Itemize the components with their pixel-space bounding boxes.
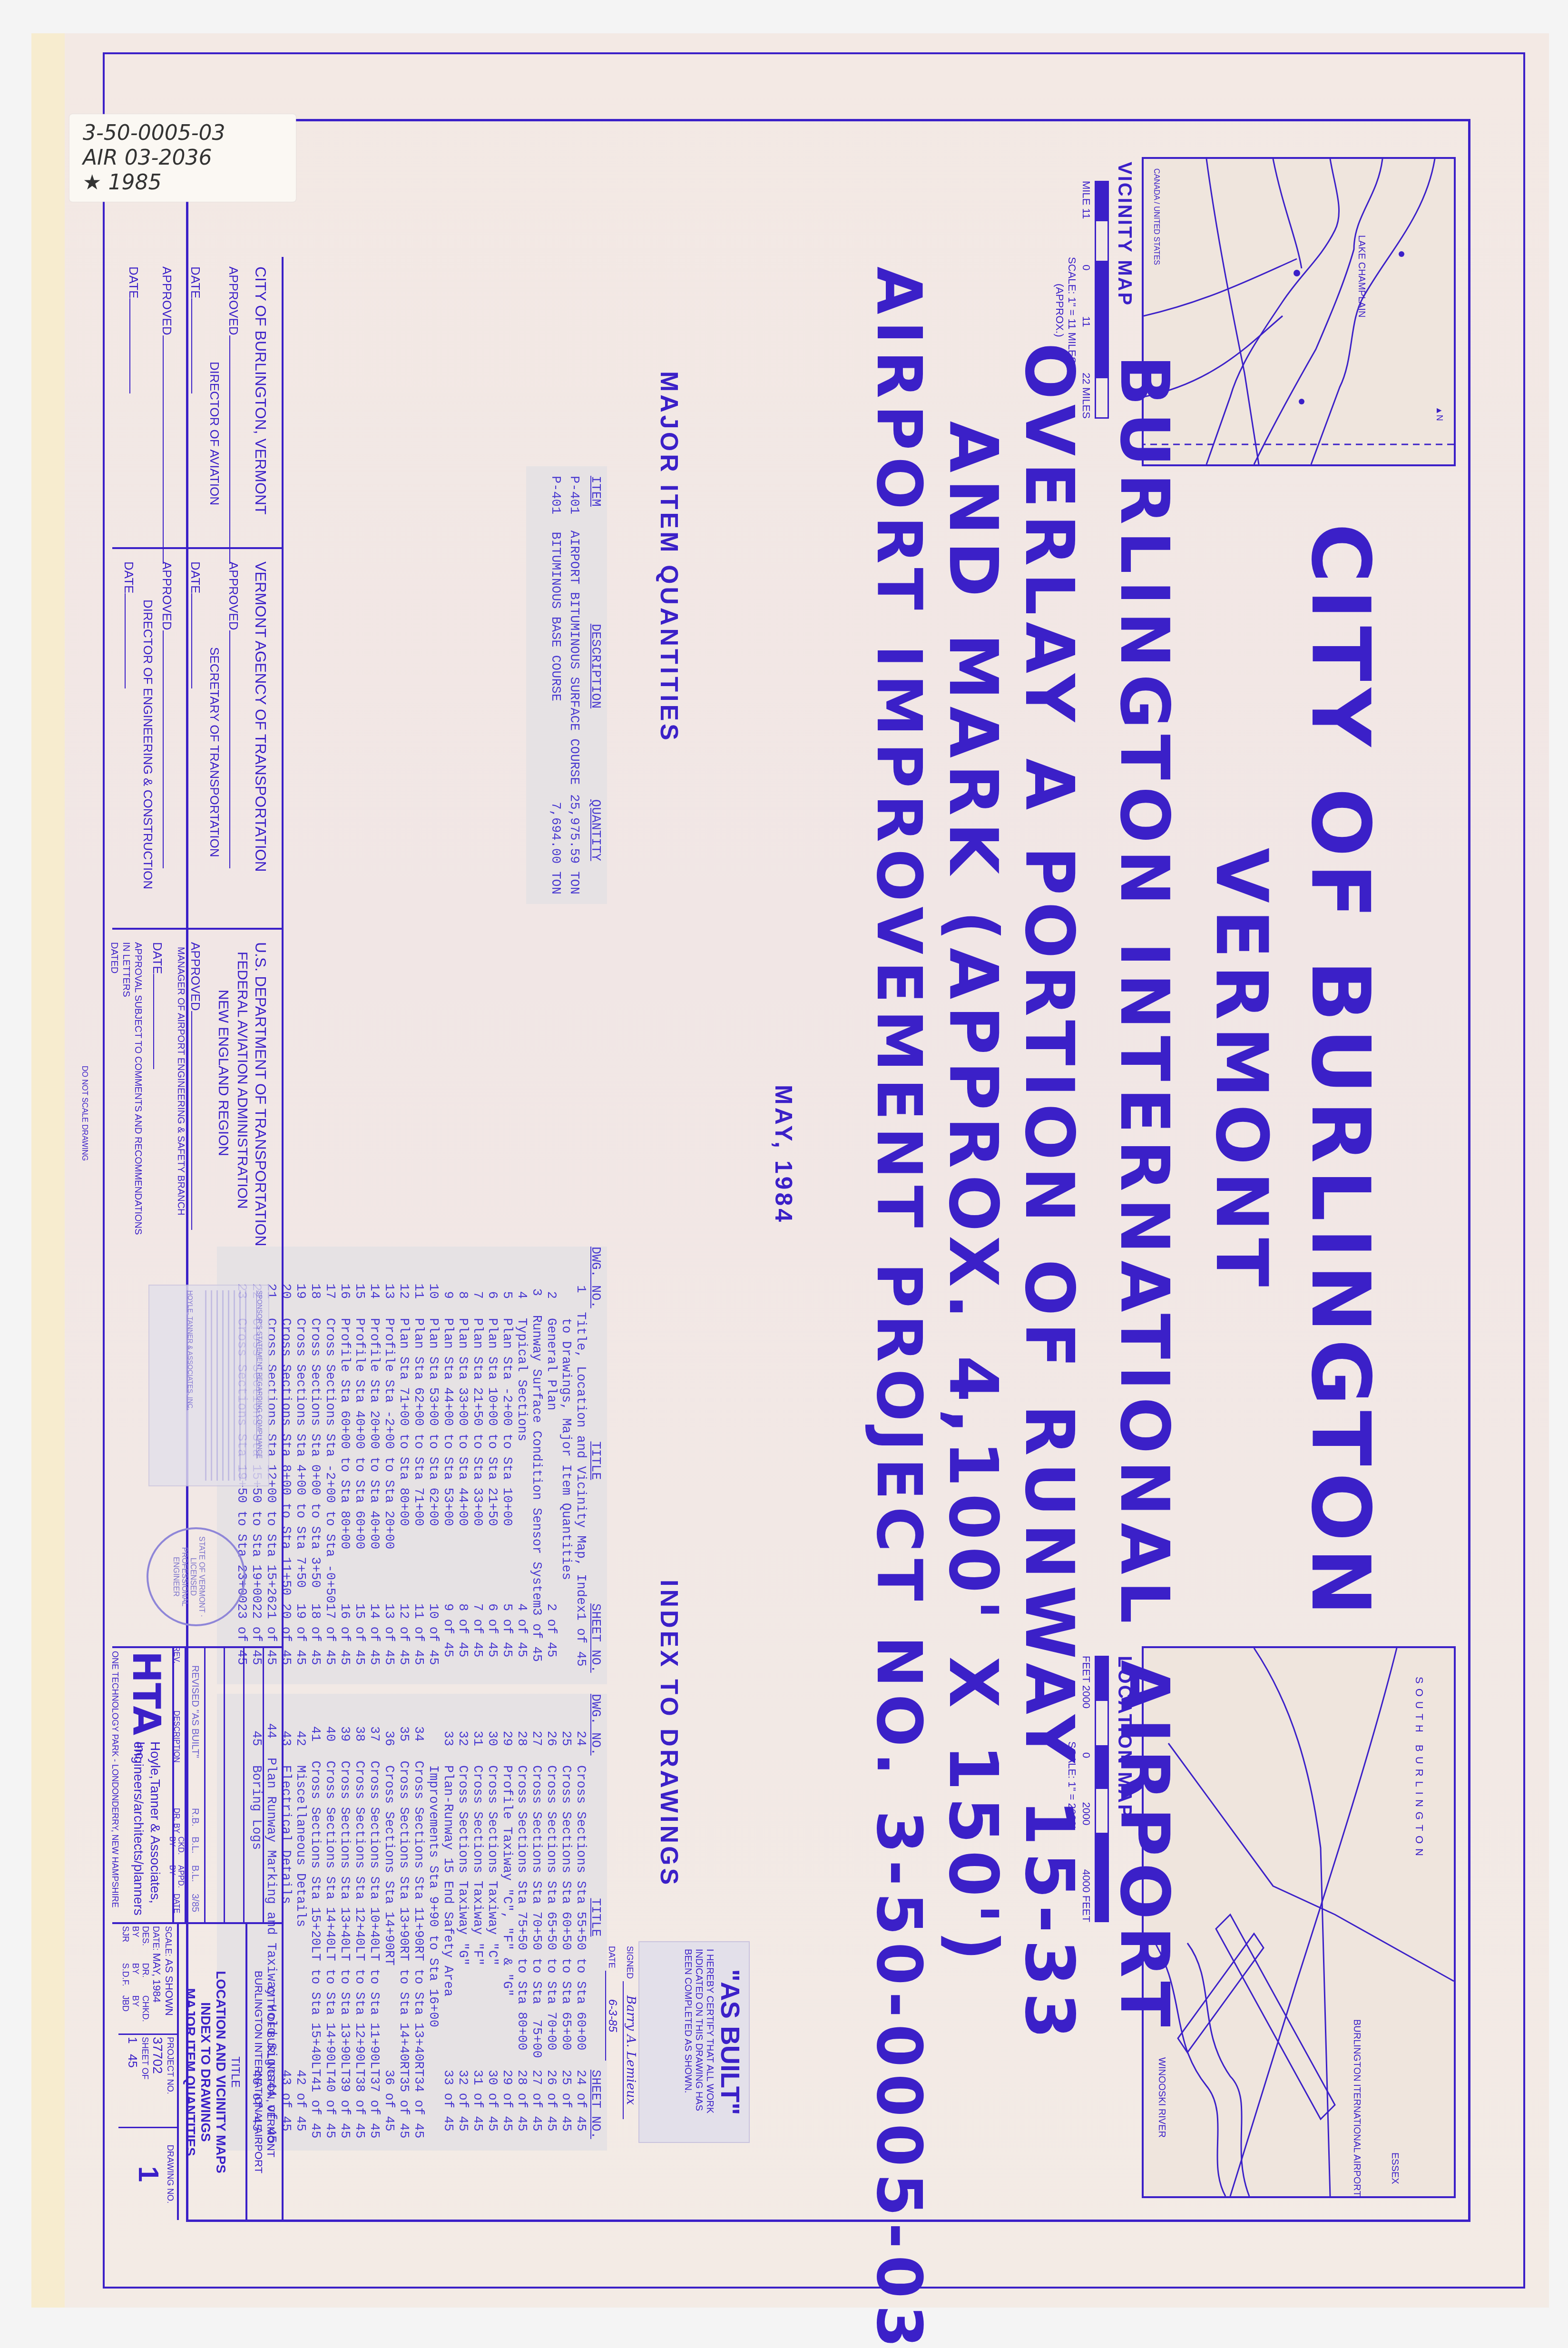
dwg-title: Cross Sections Sta 12+40LT to Sta 12+90L… bbox=[352, 1760, 366, 2076]
revision-row bbox=[225, 1646, 245, 1922]
dwg-title: Cross Sections Sta 0+00 to Sta 3+50 bbox=[307, 1318, 322, 1603]
dwg-title: Cross Sections Sta 60+50 to Sta 65+00 bbox=[558, 1765, 573, 2070]
sheet-no: 15 of 45 bbox=[352, 1603, 366, 1684]
index-row: 15Profile Sta 40+00 to Sta 60+0015 of 45 bbox=[352, 1247, 366, 1684]
dwg-no: 9 bbox=[440, 1247, 455, 1318]
dwg-title: Cross Sections Sta 13+40LT to Sta 13+90L… bbox=[337, 1760, 352, 2076]
dwg-no: 24 bbox=[573, 1694, 588, 1765]
index-row: 12Plan Sta 71+00 to Sta 80+0012 of 45 bbox=[396, 1247, 411, 1684]
date-label: DATE bbox=[150, 942, 165, 974]
dwg-title: Plan Sta -2+00 to Sta 10+00 bbox=[499, 1318, 514, 1603]
index-row: 7Plan Sta 21+50 to Sta 33+007 of 45 bbox=[470, 1247, 484, 1684]
label-air-number: AIR 03-2036 bbox=[83, 146, 283, 170]
seal-text: STATE OF VERMONT · LICENSED PROFESSIONAL… bbox=[171, 1529, 244, 1624]
index-row: 26Cross Sections Sta 65+50 to Sta 70+002… bbox=[543, 1694, 558, 2151]
dwg-title: Cross Sections Sta 11+90RT to Sta 13+40R… bbox=[411, 1760, 425, 2076]
city-date-row: DATE bbox=[188, 266, 203, 393]
item-description: BITUMINOUS BASE COURSE bbox=[548, 532, 562, 802]
sheet-no: 24 of 45 bbox=[573, 2070, 588, 2151]
title-block-grid: SCALE: AS SHOWN DATE: MAY, 1984 DES. BYS… bbox=[118, 1924, 179, 2220]
dwg-title: Plan Sta 33+00 to Sta 44+00 bbox=[455, 1318, 470, 1603]
location-map-drawing: BURLINGTON ITERNATIONAL AIRPORT SOUTH BU… bbox=[1144, 1648, 1454, 2196]
index-row: 16Profile Sta 60+00 to Sta 80+0016 of 45 bbox=[337, 1247, 352, 1684]
des-label: DES. BY bbox=[131, 1926, 150, 1946]
dwg-no: 34 bbox=[411, 1694, 425, 1760]
des-value: SJR bbox=[121, 1926, 130, 1942]
title-label: TITLE bbox=[228, 1924, 242, 2220]
dwg-title: Plan Sta 21+50 to Sta 33+00 bbox=[470, 1318, 484, 1603]
city-approved2-row: APPROVED bbox=[159, 266, 174, 564]
index-row: 18Cross Sections Sta 0+00 to Sta 3+5018 … bbox=[307, 1247, 322, 1684]
index-row: 9Plan Sta 44+00 to Sta 53+009 of 45 bbox=[440, 1247, 455, 1684]
sheet-no: 17 of 45 bbox=[322, 1603, 337, 1684]
dwg-title: Typical Sections bbox=[514, 1318, 529, 1603]
label-year-row: ★ 1985 bbox=[83, 170, 283, 195]
revision-rows: REVISED "AS BUILT"R.B.B.L.B.L.3/85 bbox=[186, 1646, 284, 1922]
dwg-no bbox=[558, 1247, 573, 1318]
as-built-date-row: DATE 6-3-85 bbox=[606, 1946, 619, 2061]
sheet-no: 2 of 45 bbox=[543, 1603, 558, 1684]
dwg-no: 28 bbox=[514, 1694, 529, 1765]
vicinity-map-drawing: LAKE CHAMPLAIN CANADA / UNITED STATES bbox=[1144, 159, 1454, 464]
major-item-row: P-401 AIRPORT BITUMINOUS SURFACE COURSE … bbox=[564, 466, 583, 904]
index-title: INDEX TO DRAWINGS bbox=[655, 1580, 683, 1887]
drawing-sheet: 3-50-0005-03 AIR 03-2036 ★ 1985 LAKE CHA… bbox=[0, 0, 1568, 2348]
dwg-title: Plan-Runway 15 End Safety Area bbox=[440, 1765, 455, 2070]
sheet-no: 36 of 45 bbox=[381, 2070, 396, 2151]
index-row: 29Profile Taxiway "C", "F" & "G"29 of 45 bbox=[499, 1694, 514, 2151]
title-project-line2: AND MARK (APPROX. 4,100' X 150') bbox=[934, 266, 1011, 2122]
sheet-no: 25 of 45 bbox=[558, 2070, 573, 2151]
divider bbox=[112, 928, 284, 930]
header-item: ITEM bbox=[588, 476, 602, 533]
archive-label: 3-50-0005-03 AIR 03-2036 ★ 1985 bbox=[69, 114, 296, 202]
item-quantity: 25,975.59 TON bbox=[566, 794, 581, 894]
dwg-title: Cross Sections Taxiway "F" bbox=[470, 1765, 484, 2070]
dwg-title: Cross Sections Sta 14+90RT bbox=[381, 1765, 396, 2070]
sheet-no: 10 of 45 bbox=[425, 1603, 440, 1684]
header-quantity: QUANTITY bbox=[588, 799, 602, 861]
index-row: 2General Plan2 of 45 bbox=[543, 1247, 558, 1684]
state-approval-title: VERMONT AGENCY OF TRANSPORTATION bbox=[252, 561, 269, 872]
sheet-no: 18 of 45 bbox=[307, 1603, 322, 1684]
dwg-no: 1 bbox=[573, 1247, 588, 1312]
compliance-text-lines bbox=[204, 1290, 246, 1481]
dwg-no: 33 bbox=[440, 1694, 455, 1765]
as-built-signature-row: SIGNED Barry A. Lemieux bbox=[624, 1946, 638, 2119]
item-quantity: 7,694.00 TON bbox=[548, 802, 562, 894]
sheet-value: 1 bbox=[126, 2037, 140, 2043]
approved-label: APPROVED bbox=[160, 561, 174, 630]
header-title: TITLE bbox=[588, 1318, 602, 1603]
label-year: 1985 bbox=[108, 170, 161, 195]
dwg-no: 6 bbox=[484, 1247, 499, 1318]
city-approved-row: APPROVED bbox=[226, 266, 241, 564]
index-row: 25Cross Sections Sta 60+50 to Sta 65+002… bbox=[558, 1694, 573, 2151]
faa-approved-row: APPROVED bbox=[188, 942, 203, 1230]
item-description: AIRPORT BITUMINOUS SURFACE COURSE bbox=[566, 531, 581, 795]
date-label: DATE: bbox=[151, 1926, 161, 1951]
index-header: DWG. NO. TITLE SHEET NO. bbox=[588, 1694, 607, 2151]
dwg-title: Cross Sections Sta 65+50 to Sta 70+00 bbox=[543, 1765, 558, 2070]
drawing-title-line: LOCATION AND VICINITY MAPS bbox=[213, 1924, 228, 2220]
sheet-no: 4 of 45 bbox=[514, 1603, 529, 1684]
sheet-no: 37 of 45 bbox=[366, 2077, 381, 2151]
index-row: 4Typical Sections4 of 45 bbox=[514, 1247, 529, 1684]
dwg-no: 3 bbox=[529, 1247, 543, 1315]
index-row: to Drawings, Major Item Quantities bbox=[558, 1247, 573, 1684]
sheet-no: 9 of 45 bbox=[440, 1603, 455, 1684]
dwg-no: 16 bbox=[337, 1247, 352, 1318]
dwg-no: 25 bbox=[558, 1694, 573, 1765]
approved-label: APPROVED bbox=[188, 942, 203, 1011]
title-city: CITY OF BURLINGTON bbox=[1293, 523, 1387, 1618]
index-row: 17Cross Sections Sta -2+00 to Sta -0+501… bbox=[322, 1247, 337, 1684]
dwg-title: Runway Surface Condition Sensor System bbox=[529, 1315, 543, 1608]
title-block: CITY OF BURLINGTON, VERMONT BURLINGTON I… bbox=[103, 1924, 284, 2220]
header-dwg-no: DWG. NO. bbox=[588, 1247, 602, 1318]
header-sheet-no: SHEET NO. bbox=[588, 1603, 602, 1684]
sheet-no: 12 of 45 bbox=[396, 1603, 411, 1684]
index-row: 42Miscellaneous Details42 of 45 bbox=[293, 1694, 307, 2151]
date-label: DATE bbox=[607, 1946, 617, 1968]
title-project-line1: OVERLAY A PORTION OF RUNWAY 15-33 bbox=[1010, 266, 1088, 2122]
drawing-no-cell: DRAWING NO. 1 bbox=[118, 2128, 177, 2220]
approved-label: APPROVED bbox=[226, 561, 241, 630]
signed-label: SIGNED bbox=[625, 1946, 635, 1979]
date-value: MAY, 1984 bbox=[151, 1953, 163, 2003]
dwg-no: 14 bbox=[366, 1247, 381, 1318]
dwg-no: 10 bbox=[425, 1247, 440, 1318]
index-row: 3Runway Surface Condition Sensor System3… bbox=[529, 1247, 543, 1684]
dwg-title: Miscellaneous Details bbox=[293, 1765, 307, 2070]
firm-logo: HTA bbox=[124, 1651, 168, 1735]
dwg-no: 19 bbox=[293, 1247, 307, 1318]
state-date2-row: DATE bbox=[121, 561, 136, 688]
index-row: 40Cross Sections Sta 14+40LT to Sta 14+9… bbox=[322, 1694, 337, 2151]
city-role: DIRECTOR OF AVIATION bbox=[207, 362, 222, 505]
dwg-title: Plan Sta 44+00 to Sta 53+00 bbox=[440, 1318, 455, 1603]
sheet-no: 8 of 45 bbox=[455, 1603, 470, 1684]
project-label: PROJECT NO. bbox=[165, 2037, 175, 2125]
dwg-no: 7 bbox=[470, 1247, 484, 1318]
paper-edge bbox=[31, 33, 65, 2308]
firm-address: ONE TECHNOLOGY PARK - LONDONDERRY, NEW H… bbox=[110, 1651, 120, 1907]
dwg-no: 26 bbox=[543, 1694, 558, 1765]
faa-role: MANAGER OF AIRPORT ENGINEERING & SAFETY … bbox=[175, 947, 186, 1216]
header-title: TITLE bbox=[588, 1765, 602, 2070]
dwg-no: 11 bbox=[411, 1247, 425, 1318]
sheet-no: 42 of 45 bbox=[293, 2070, 307, 2151]
city-date2-row: DATE bbox=[126, 266, 141, 393]
dwg-no: 39 bbox=[337, 1694, 352, 1760]
state-role2: DIRECTOR OF ENGINEERING & CONSTRUCTION bbox=[140, 599, 155, 889]
sheet-no: 32 of 45 bbox=[455, 2070, 470, 2151]
dwg-title: Cross Sections Taxiway "G" bbox=[455, 1765, 470, 2070]
dwg-title: Cross Sections Sta 70+50 to Sta 75+00 bbox=[529, 1765, 543, 2070]
star-icon: ★ bbox=[83, 170, 101, 195]
dwg-title: Cross Sections Sta 8+00 to Sta 11+50 bbox=[278, 1318, 293, 1603]
index-row: 30Cross Sections Taxiway "C"30 of 45 bbox=[484, 1694, 499, 2151]
dwg-title: Plan Sta 62+00 to Sta 71+00 bbox=[411, 1318, 425, 1603]
svg-text:BURLINGTON ITERNATIONAL AIRPOR: BURLINGTON ITERNATIONAL AIRPORT bbox=[1352, 2019, 1362, 2196]
dwg-no: 30 bbox=[484, 1694, 499, 1765]
do-not-scale-note: DO NOT SCALE DRAWING bbox=[80, 1066, 88, 1161]
sheet-no: 41 of 45 bbox=[307, 2077, 322, 2151]
dwg-title: Title, Location and Vicinity Map, Index bbox=[573, 1312, 588, 1612]
engineer-seal-icon: STATE OF VERMONT · LICENSED PROFESSIONAL… bbox=[147, 1527, 245, 1626]
index-row: 31Cross Sections Taxiway "F"31 of 45 bbox=[470, 1694, 484, 2151]
sheet-no: 5 of 45 bbox=[499, 1603, 514, 1684]
of-label: OF bbox=[140, 2068, 150, 2080]
index-row: 33Plan-Runway 15 End Safety Area33 of 45 bbox=[440, 1694, 455, 2151]
firm-tagline: engineers/architects/planners bbox=[131, 1741, 146, 1916]
revision-table: REVISED "AS BUILT"R.B.B.L.B.L.3/85 REV. … bbox=[174, 1646, 284, 1922]
sheet-no: 27 of 45 bbox=[529, 2070, 543, 2151]
revision-cell: 3/85 bbox=[190, 1894, 201, 1922]
index-row: 35Cross Sections Sta 13+90RT to Sta 14+4… bbox=[396, 1694, 411, 2151]
dwg-title: Plan Sta 10+00 to Sta 21+50 bbox=[484, 1318, 499, 1603]
sheet-no: 30 of 45 bbox=[484, 2070, 499, 2151]
index-row: 34Cross Sections Sta 11+90RT to Sta 13+4… bbox=[411, 1694, 425, 2151]
sheet-no: 14 of 45 bbox=[366, 1603, 381, 1684]
sheet-no bbox=[558, 1603, 573, 1684]
dwg-title: Cross Sections Sta 15+20LT to Sta 15+40L… bbox=[307, 1760, 322, 2076]
dwg-title: Profile Sta 20+00 to Sta 40+00 bbox=[366, 1318, 381, 1603]
as-built-line: BEEN COMPLETED AS SHOWN. bbox=[682, 1942, 693, 2142]
compliance-stamp: SPONSOR'S STATEMENT REGARDING COMPLIANCE… bbox=[148, 1285, 269, 1486]
major-items-header: ITEM DESCRIPTION QUANTITY bbox=[583, 466, 607, 904]
svg-text:ESSEX: ESSEX bbox=[1390, 2152, 1400, 2184]
sheet-no: 34 of 45 bbox=[411, 2077, 425, 2151]
dwg-title: Cross Sections Sta 14+40LT to Sta 14+90L… bbox=[322, 1760, 337, 2076]
approved-label: APPROVED bbox=[226, 266, 241, 335]
dwg-no: 35 bbox=[396, 1694, 411, 1760]
dwg-no: 15 bbox=[352, 1247, 366, 1318]
dr-label: DR. BY bbox=[131, 1963, 150, 1978]
faa-subtitle: FEDERAL AVIATION ADMINISTRATION bbox=[234, 952, 250, 1209]
index-row: 13Profile Sta -2+00 to Sta 20+0013 of 45 bbox=[381, 1247, 396, 1684]
dwg-no: 5 bbox=[499, 1247, 514, 1318]
of-value: 45 bbox=[126, 2054, 140, 2068]
index-rows-left: 1Title, Location and Vicinity Map, Index… bbox=[234, 1247, 588, 1684]
compliance-title: SPONSOR'S STATEMENT REGARDING COMPLIANCE bbox=[251, 1286, 268, 1485]
revision-row bbox=[264, 1646, 284, 1922]
major-items-title: MAJOR ITEM QUANTITIES bbox=[655, 371, 683, 743]
sheet-no: 28 of 45 bbox=[514, 2070, 529, 2151]
chkd-value: JBD bbox=[121, 1995, 130, 2012]
major-items-table: ITEM DESCRIPTION QUANTITY P-401 AIRPORT … bbox=[526, 466, 607, 904]
sheet-no: 3 of 45 bbox=[529, 1608, 543, 1684]
dwg-no: 31 bbox=[470, 1694, 484, 1765]
title-project-number: AIRPORT IMPROVEMENT PROJECT NO. 3-50-000… bbox=[863, 266, 935, 2122]
index-row: Improvements Sta 9+90 to Sta 16+00 bbox=[425, 1694, 440, 2151]
dwg-no: 20 bbox=[278, 1247, 293, 1318]
index-table-left: DWG. NO. TITLE SHEET NO. 1Title, Locatio… bbox=[217, 1247, 607, 1684]
dwg-title: Cross Sections Taxiway "C" bbox=[484, 1765, 499, 2070]
sheet-no: 11 of 45 bbox=[411, 1603, 425, 1684]
revision-cell: B.L. bbox=[190, 1837, 201, 1865]
title-state: VERMONT bbox=[1200, 523, 1283, 1618]
index-header: DWG. NO. TITLE SHEET NO. bbox=[588, 1247, 607, 1684]
revision-cell: R.B. bbox=[190, 1808, 201, 1837]
compliance-signer: HOYLE, TANNER & ASSOCIATES, INC. bbox=[182, 1286, 199, 1485]
sheet-no: 13 of 45 bbox=[381, 1603, 396, 1684]
location-map: BURLINGTON ITERNATIONAL AIRPORT SOUTH BU… bbox=[1142, 1646, 1456, 2198]
svg-text:LAKE CHAMPLAIN: LAKE CHAMPLAIN bbox=[1356, 235, 1367, 317]
owner-airport: BURLINGTON INTERNATIONAL AIRPORT bbox=[252, 1924, 265, 2220]
firm-block: HTA Hoyle,Tanner & Associates, Inc. engi… bbox=[101, 1646, 174, 1922]
index-row: 39Cross Sections Sta 13+40LT to Sta 13+9… bbox=[337, 1694, 352, 2151]
index-row: 36Cross Sections Sta 14+90RT36 of 45 bbox=[381, 1694, 396, 2151]
city-approval-title: CITY OF BURLINGTON, VERMONT bbox=[252, 266, 269, 515]
index-row: 5Plan Sta -2+00 to Sta 10+005 of 45 bbox=[499, 1247, 514, 1684]
sheet-no: 16 of 45 bbox=[337, 1603, 352, 1684]
approved-label: APPROVED bbox=[160, 266, 174, 335]
sheet-no: 6 of 45 bbox=[484, 1603, 499, 1684]
dwg-no: 4 bbox=[514, 1247, 529, 1318]
dwg-no: 17 bbox=[322, 1247, 337, 1318]
signature: Barry A. Lemieux bbox=[623, 1981, 638, 2119]
index-row: 8Plan Sta 33+00 to Sta 44+008 of 45 bbox=[455, 1247, 470, 1684]
dwg-title: Cross Sections Sta 55+50 to Sta 60+00 bbox=[573, 1765, 588, 2070]
dwg-no: 42 bbox=[293, 1694, 307, 1765]
as-built-line: INDICATED ON THIS DRAWING HAS bbox=[693, 1942, 704, 2142]
faa-region: NEW ENGLAND REGION bbox=[215, 990, 231, 1156]
chkd-label: CHKD. BY bbox=[131, 1995, 150, 2022]
header-description: DESCRIPTION bbox=[588, 533, 602, 799]
dwg-title: Cross Sections Sta 4+00 to Sta 7+50 bbox=[293, 1318, 307, 1603]
dwg-title: to Drawings, Major Item Quantities bbox=[558, 1318, 573, 1603]
scale-label: SCALE: bbox=[164, 1926, 173, 1956]
svg-text:SOUTH BURLINGTON: SOUTH BURLINGTON bbox=[1413, 1677, 1425, 1861]
dwg-title: Plan Sta 71+00 to Sta 80+00 bbox=[396, 1318, 411, 1603]
dwg-no: 18 bbox=[307, 1247, 322, 1318]
date-label: DATE bbox=[122, 561, 136, 593]
header-sheet-no: SHEET NO. bbox=[588, 2070, 602, 2151]
dwg-title: Plan Sta 53+00 to Sta 62+00 bbox=[425, 1318, 440, 1603]
date-label: DATE bbox=[127, 266, 141, 298]
sheet-no: 33 of 45 bbox=[440, 2070, 455, 2151]
state-approved-row: APPROVED bbox=[226, 561, 241, 868]
sheet-no: 31 of 45 bbox=[470, 2070, 484, 2151]
dwg-title: Profile Sta -2+00 to Sta 20+00 bbox=[381, 1318, 396, 1603]
index-row: 19Cross Sections Sta 4+00 to Sta 7+5019 … bbox=[293, 1247, 307, 1684]
index-row: 27Cross Sections Sta 70+50 to Sta 75+002… bbox=[529, 1694, 543, 2151]
dwg-no: 32 bbox=[455, 1694, 470, 1765]
owner-city: CITY OF BURLINGTON, VERMONT bbox=[265, 1924, 277, 2220]
sheet-label: SHEET bbox=[140, 2037, 150, 2065]
revision-cell: REVISED "AS BUILT" bbox=[190, 1665, 201, 1808]
index-row: 11Plan Sta 62+00 to Sta 71+0011 of 45 bbox=[411, 1247, 425, 1684]
as-built-stamp: "AS BUILT" I HEREBY CERTIFY THAT ALL WOR… bbox=[638, 1941, 750, 2143]
drawing-value: 1 bbox=[132, 2130, 165, 2218]
index-row: 41Cross Sections Sta 15+20LT to Sta 15+4… bbox=[307, 1694, 322, 2151]
faa-note: APPROVAL SUBJECT TO COMMENTS AND RECOMME… bbox=[132, 942, 143, 1235]
scale-date-cell: SCALE: AS SHOWN DATE: MAY, 1984 DES. BYS… bbox=[118, 1924, 177, 2035]
faa-title: U.S. DEPARTMENT OF TRANSPORTATION bbox=[252, 942, 269, 1246]
label-project-number: 3-50-0005-03 bbox=[83, 121, 283, 146]
vicinity-map: LAKE CHAMPLAIN CANADA / UNITED STATES ▲N bbox=[1142, 157, 1456, 466]
as-built-title: "AS BUILT" bbox=[715, 1942, 746, 2142]
sheet-no bbox=[425, 2070, 440, 2151]
index-row: 6Plan Sta 10+00 to Sta 21+506 of 45 bbox=[484, 1247, 499, 1684]
dwg-no: 41 bbox=[307, 1694, 322, 1760]
divider bbox=[112, 547, 284, 549]
sheet-no: 39 of 45 bbox=[337, 2077, 352, 2151]
dwg-no: 37 bbox=[366, 1694, 381, 1760]
revision-row bbox=[245, 1646, 264, 1922]
dwg-title: Cross Sections Sta -2+00 to Sta -0+50 bbox=[322, 1318, 337, 1603]
sheet-no: 7 of 45 bbox=[470, 1603, 484, 1684]
dwg-title: Cross Sections Sta 10+40LT to Sta 11+90L… bbox=[366, 1760, 381, 2076]
svg-text:CANADA / UNITED STATES: CANADA / UNITED STATES bbox=[1152, 168, 1160, 265]
dwg-no: 38 bbox=[352, 1694, 366, 1760]
dwg-no: 2 bbox=[543, 1247, 558, 1318]
dr-value: S.D.F. bbox=[121, 1963, 130, 1986]
revision-row bbox=[206, 1646, 225, 1922]
item-code: P-401 bbox=[566, 476, 581, 531]
index-row: 28Cross Sections Sta 75+50 to Sta 80+002… bbox=[514, 1694, 529, 2151]
dwg-no: 36 bbox=[381, 1694, 396, 1765]
index-row: 38Cross Sections Sta 12+40LT to Sta 12+9… bbox=[352, 1694, 366, 2151]
scale-value: AS SHOWN bbox=[163, 1959, 175, 2016]
index-rows-right: 24Cross Sections Sta 55+50 to Sta 60+002… bbox=[248, 1694, 588, 2151]
state-approved2-row: APPROVED bbox=[159, 561, 174, 868]
revision-row: REVISED "AS BUILT"R.B.B.L.B.L.3/85 bbox=[186, 1646, 206, 1922]
dwg-title: Cross Sections Sta 75+50 to Sta 80+00 bbox=[514, 1765, 529, 2070]
major-item-row: P-401 BITUMINOUS BASE COURSE 7,694.00 TO… bbox=[546, 466, 564, 904]
header-dwg-no: DWG. NO. bbox=[588, 1694, 602, 1765]
index-row: 20Cross Sections Sta 8+00 to Sta 11+5020… bbox=[278, 1247, 293, 1684]
drawing-label: DRAWING NO. bbox=[165, 2130, 175, 2218]
index-row: 32Cross Sections Taxiway "G"32 of 45 bbox=[455, 1694, 470, 2151]
sheet-no: 19 of 45 bbox=[293, 1603, 307, 1684]
dwg-no: 27 bbox=[529, 1694, 543, 1765]
dwg-no bbox=[425, 1694, 440, 1765]
drawing-title-line: MAJOR ITEM QUANTITIES bbox=[183, 1924, 198, 2220]
index-row: 1Title, Location and Vicinity Map, Index… bbox=[573, 1247, 588, 1684]
index-row: 14Profile Sta 20+00 to Sta 40+0014 of 45 bbox=[366, 1247, 381, 1684]
dwg-title: General Plan bbox=[543, 1318, 558, 1603]
dwg-title: Improvements Sta 9+90 to Sta 16+00 bbox=[425, 1765, 440, 2070]
dwg-title: Profile Taxiway "C", "F" & "G" bbox=[499, 1765, 514, 2070]
dwg-title: Profile Sta 40+00 to Sta 60+00 bbox=[352, 1318, 366, 1603]
date-label: DATE bbox=[188, 266, 203, 298]
title-date: MAY, 1984 bbox=[770, 1085, 797, 1225]
revision-cell: B.L. bbox=[190, 1865, 201, 1894]
index-row: 10Plan Sta 53+00 to Sta 62+0010 of 45 bbox=[425, 1247, 440, 1684]
sheet-no: 38 of 45 bbox=[352, 2077, 366, 2151]
dwg-no: 13 bbox=[381, 1247, 396, 1318]
dwg-no: 40 bbox=[322, 1694, 337, 1760]
dwg-title: Profile Sta 60+00 to Sta 80+00 bbox=[337, 1318, 352, 1603]
state-date-row: DATE bbox=[188, 561, 203, 688]
dwg-title: Cross Sections Sta 13+90RT to Sta 14+40R… bbox=[396, 1760, 411, 2076]
dwg-no: 12 bbox=[396, 1247, 411, 1318]
project-sheet-cell: PROJECT NO. 37702 SHEET OF 1 45 bbox=[118, 2035, 177, 2128]
sheet-no: 29 of 45 bbox=[499, 2070, 514, 2151]
faa-note: DATED bbox=[108, 942, 119, 973]
item-code: P-401 bbox=[548, 476, 562, 532]
date-label: DATE bbox=[188, 561, 203, 593]
index-row: 24Cross Sections Sta 55+50 to Sta 60+002… bbox=[573, 1694, 588, 2151]
as-built-date: 6-3-85 bbox=[605, 1971, 619, 2061]
faa-date-row: DATE bbox=[150, 942, 165, 1069]
sheet-no: 26 of 45 bbox=[543, 2070, 558, 2151]
as-built-line: I HEREBY CERTIFY THAT ALL WORK bbox=[704, 1942, 715, 2142]
north-arrow-icon: ▲N bbox=[1434, 406, 1444, 421]
